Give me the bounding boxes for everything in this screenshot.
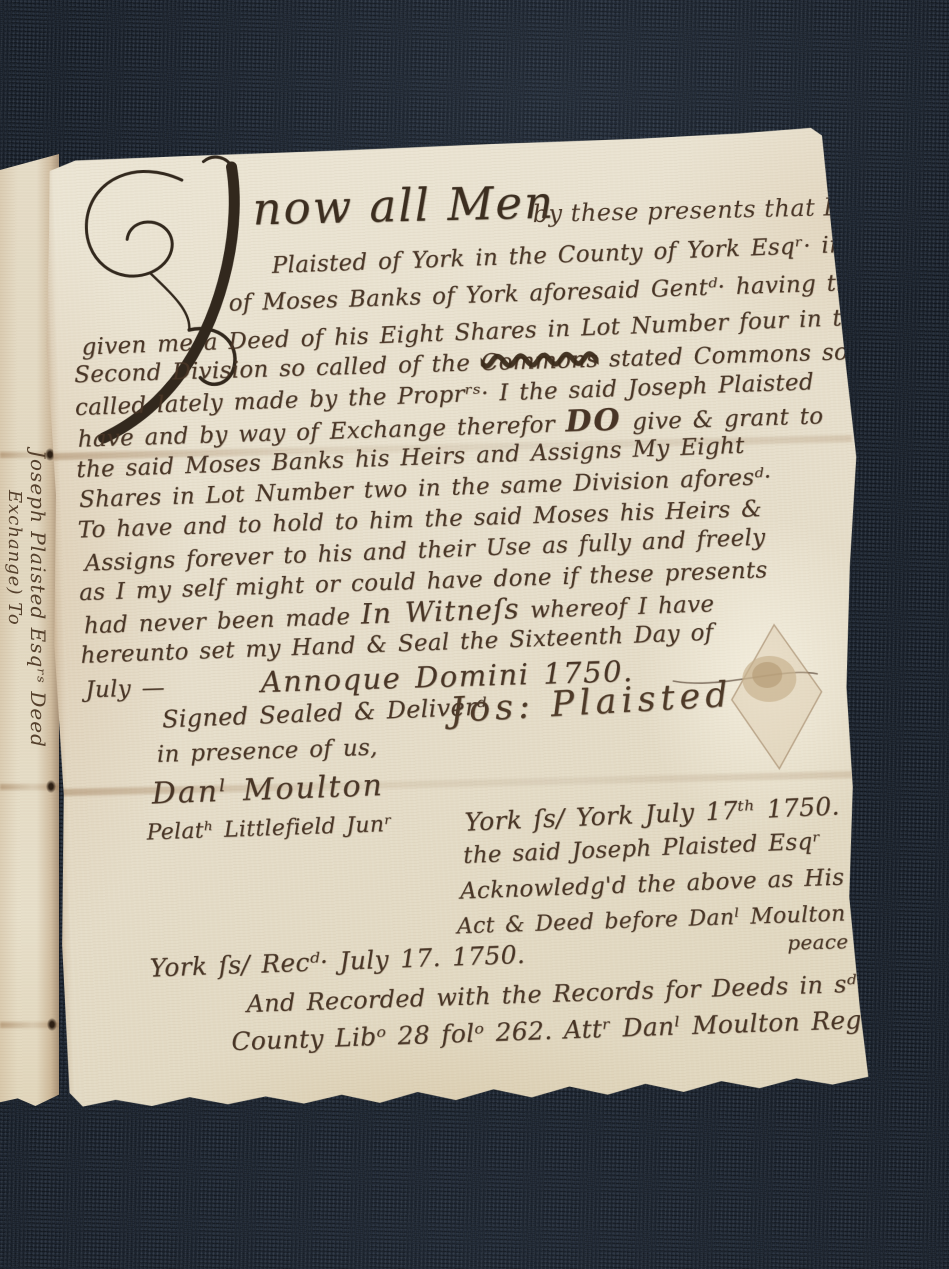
ack-peace-word: peace <box>787 929 849 954</box>
ack-line: Acknowledg'd the above as His <box>460 865 845 905</box>
ink-blot <box>47 1018 57 1031</box>
docket-line: Exchange) To <box>2 450 26 782</box>
deed-page: now all Men by these presents that I Jos… <box>39 127 873 1123</box>
emphasized-word: DO <box>565 403 622 440</box>
month-word: July — <box>85 675 165 703</box>
embossed-seal <box>722 620 829 774</box>
struck-word: Commons <box>480 347 598 376</box>
witness-signature: Danˡ Moulton <box>151 768 384 811</box>
photo-stage: Joseph Plaisted Esqʳˢ Deed Exchange) To … <box>0 0 949 1269</box>
docket-annotation: Joseph Plaisted Esqʳˢ Deed Exchange) To <box>2 450 50 782</box>
recording-line: York ſs/ Recᵈ· July 17. 1750. <box>149 940 525 983</box>
ack-line: the said Joseph Plaisted Esqʳ <box>463 829 822 869</box>
opening-words: now all Men <box>252 176 556 236</box>
witness-subline: in presence of us, <box>156 735 378 768</box>
witness-signature: Pelatʰ Littlefield Junʳ <box>146 812 392 846</box>
docket-line: Joseph Plaisted Esqʳˢ Deed <box>26 450 50 782</box>
